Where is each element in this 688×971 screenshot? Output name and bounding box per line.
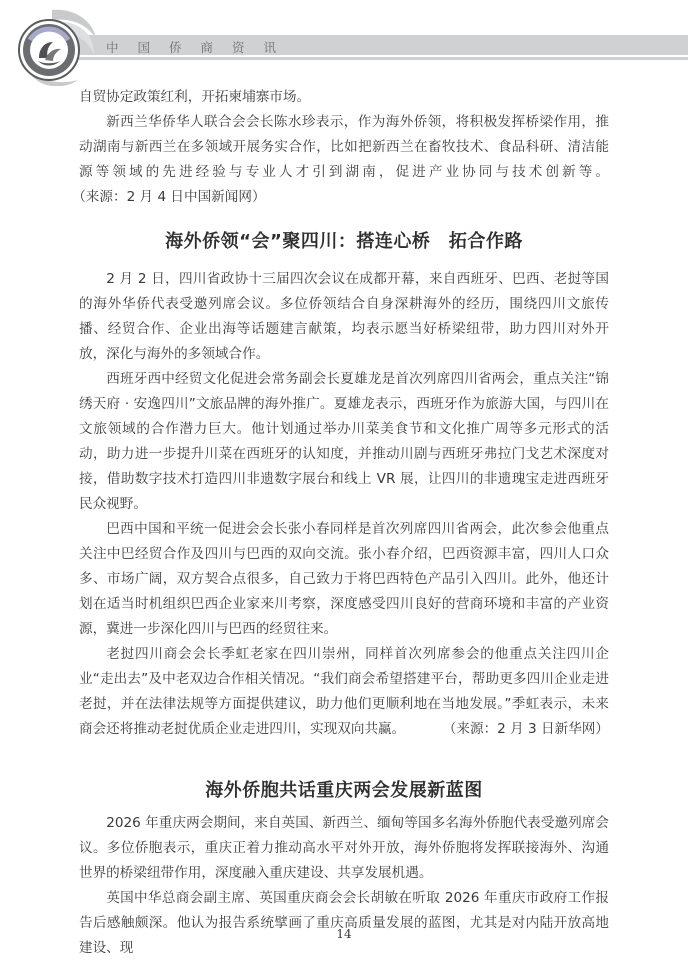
article-title: 海外侨领“会”聚四川：搭连心桥 拓合作路 — [79, 227, 609, 253]
chamber-logo-icon — [12, 6, 102, 86]
paragraph: 2026 年重庆两会期间，来自英国、新西兰、缅甸等国多名海外侨胞代表受邀列席会议… — [79, 811, 609, 886]
source-citation: （来源：2 月 3 日新华网） — [416, 717, 609, 742]
publication-title: 中国侨商资讯 — [106, 38, 295, 56]
paragraph: 英国中华总商会副主席、英国重庆商会会长胡敏在听取 2026 年重庆市政府工作报告… — [79, 886, 609, 961]
paragraph: 新西兰华侨华人联合会会长陈水珍表示，作为海外侨领，将积极发挥桥梁作用，推动湖南与… — [79, 110, 609, 210]
paragraph: 老挝四川商会会长季虹老家在四川崇州，同样首次列席参会的他重点关注四川企业“走出去… — [79, 642, 609, 742]
header-divider — [72, 57, 688, 60]
article-body: 自贸协定政策红利，开拓柬埔寨市场。 新西兰华侨华人联合会会长陈水珍表示，作为海外… — [79, 85, 609, 961]
paragraph: 自贸协定政策红利，开拓柬埔寨市场。 — [79, 85, 609, 110]
paragraph: 西班牙西中经贸文化促进会常务副会长夏雄龙是首次列席四川省两会，重点关注“锦绣天府… — [79, 367, 609, 517]
page-number: 14 — [0, 927, 688, 941]
article-title: 海外侨胞共话重庆两会发展新蓝图 — [79, 776, 609, 802]
source-citation: （来源：2 月 4 日中国新闻网） — [79, 189, 266, 205]
paragraph: 巴西中国和平统一促进会会长张小春同样是首次列席四川省两会，此次参会他重点关注中巴… — [79, 517, 609, 642]
paragraph: 2 月 2 日，四川省政协十三届四次会议在成都开幕，来自西班牙、巴西、老挝等国的… — [79, 267, 609, 367]
paragraph-text: 新西兰华侨华人联合会会长陈水珍表示，作为海外侨领，将积极发挥桥梁作用，推动湖南与… — [79, 114, 609, 180]
